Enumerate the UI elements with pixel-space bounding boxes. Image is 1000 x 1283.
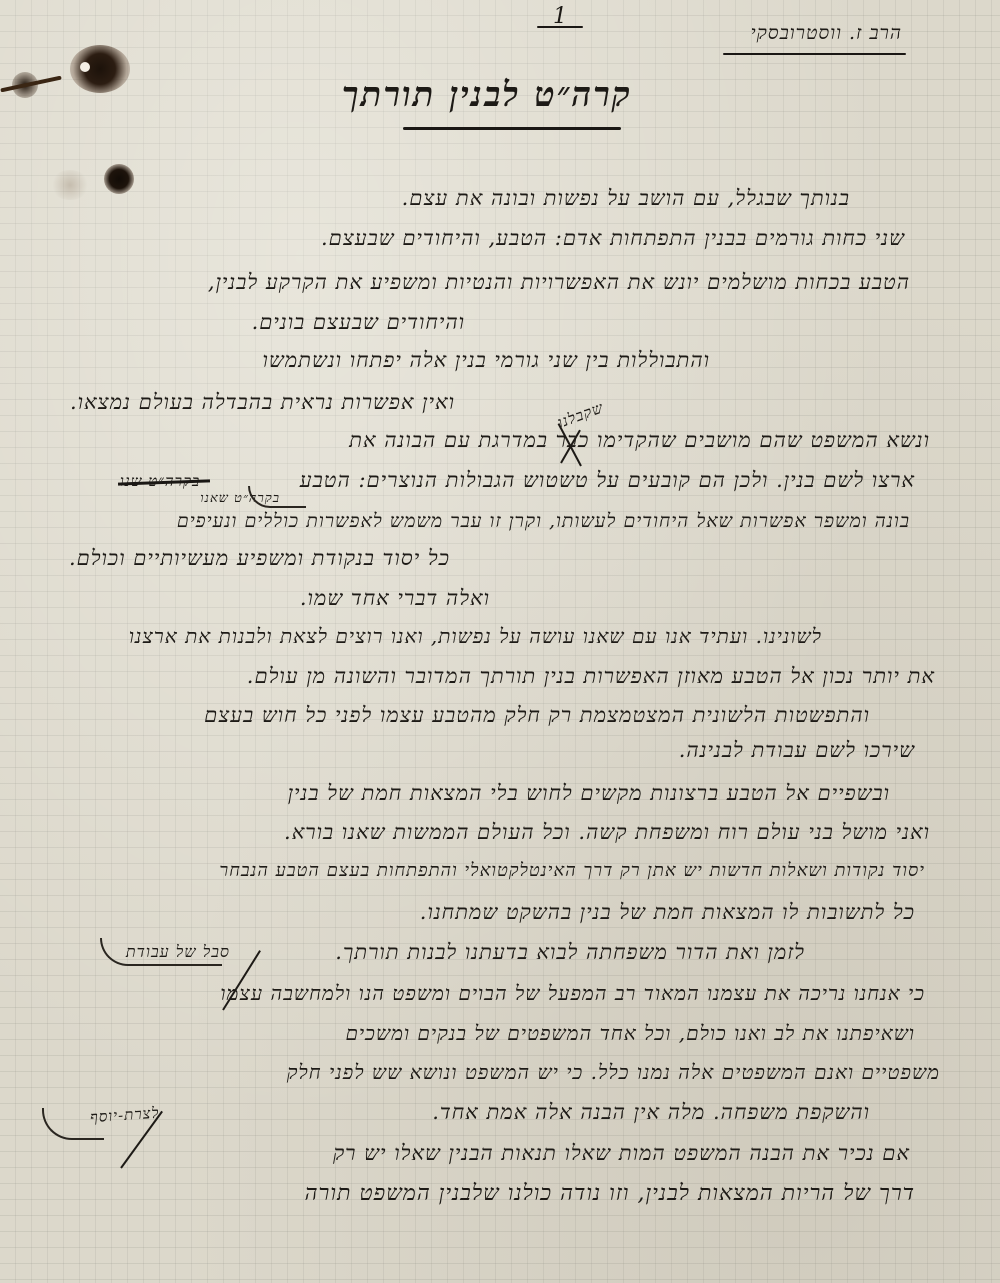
text-line-15: שירכו לשם עבודת לבנינה. <box>679 740 915 761</box>
page-number-underline <box>537 26 583 28</box>
text-line-8: ארצו לשם בנין. ולכן הם קובעים על טשטוש ה… <box>300 470 915 491</box>
stain-faint <box>50 170 90 200</box>
text-line-11: ואלה דברי אחד שמו. <box>300 588 490 609</box>
insertion-bracket-4 <box>42 1108 104 1140</box>
text-line-6: ואין אפשרות נראית בהבדלה בעולם נמצאו. <box>70 392 455 413</box>
text-line-16: ובשפיים אל הטבע ברצונות מקשים לחוש בלי ה… <box>288 783 890 804</box>
text-line-18: יסוד נקודות ושאלות חדשות יש אתן רק דרך ה… <box>219 862 925 880</box>
burn-mark-round <box>104 164 134 194</box>
text-line-5: והתבוללות בין שני גורמי בנין אלה יפתחו ו… <box>262 350 710 371</box>
title-underline <box>403 127 621 130</box>
text-line-1: בנותך שבגלל, עם הושב על נפשות ובונה את ע… <box>402 188 850 209</box>
page-title: קרה״ט לבנין תורתך <box>342 78 632 112</box>
text-line-19: כל לתשובות לו המצאות חמת של בנין בהשקט ש… <box>420 902 915 923</box>
text-line-21: כי אנחנו נריכה את עצמנו המאוד רב המפעל ש… <box>220 983 925 1003</box>
insertion-bracket-3 <box>100 938 222 966</box>
text-line-17: ואני מושל בני עולם רוח ומשפחת קשה. וכל ה… <box>284 822 930 843</box>
text-line-10: כל יסוד בנקודת ומשפיע מעשיותיים וכולם. <box>69 548 450 569</box>
text-line-13: את יותר נכון אל הטבע מאוזן האפשרות בנין … <box>247 666 935 687</box>
text-line-24: והשקפת משפחה. מלה אין הבנה אלה אמת אחד. <box>432 1102 870 1123</box>
burn-mark-large <box>70 45 130 93</box>
interlinear-insertion-1: שקבלנו <box>556 400 606 430</box>
text-line-4: והיחודים שבעצם בונים. <box>252 312 465 333</box>
text-line-23: משפטיים ואנם המשפטים אלה נמנו כלל. כי יש… <box>287 1062 940 1082</box>
text-line-14: והתפשטות הלשונית המצטמצמת רק חלק מהטבע ע… <box>204 705 870 726</box>
text-line-7: ונשא המשפט שהם מושבים שהקדימו כבר במדרגת… <box>349 430 930 451</box>
text-line-3: הטבע בכחות מושלמים יונש את האפשרויות והנ… <box>208 272 910 293</box>
text-line-20: לזמן ואת הדור משפחתה לבוא בדעתנו לבנות ת… <box>335 942 805 963</box>
author-header: הרב ז. ווסטרובסקי <box>751 24 902 43</box>
text-line-26: דרך של הריות המצאות לבנין, וזו נודה כולנ… <box>305 1183 915 1205</box>
page-number: 1 <box>553 6 568 28</box>
text-line-25: אם נכיר את הבנה המשפט המות שאלו תנאות הב… <box>333 1143 910 1164</box>
text-line-2: שני כחות גורמים בבנין התפתחות אדם: הטבע,… <box>321 228 905 249</box>
text-line-12: לשונינו. ועתיד אנו עם שאנו עושה על נפשות… <box>129 626 822 646</box>
burn-mark-hole <box>80 62 90 72</box>
text-line-9: בונה ומשפר אפשרות שאל היחודים לעשותו, וק… <box>177 512 910 531</box>
author-header-underline <box>723 53 906 55</box>
text-line-22: ושאיפתנו את לב ואנו כולם, וכל אחד המשפטי… <box>345 1023 915 1043</box>
manuscript-page: 1 הרב ז. ווסטרובסקי קרה״ט לבנין תורתך בנ… <box>0 0 1000 1283</box>
